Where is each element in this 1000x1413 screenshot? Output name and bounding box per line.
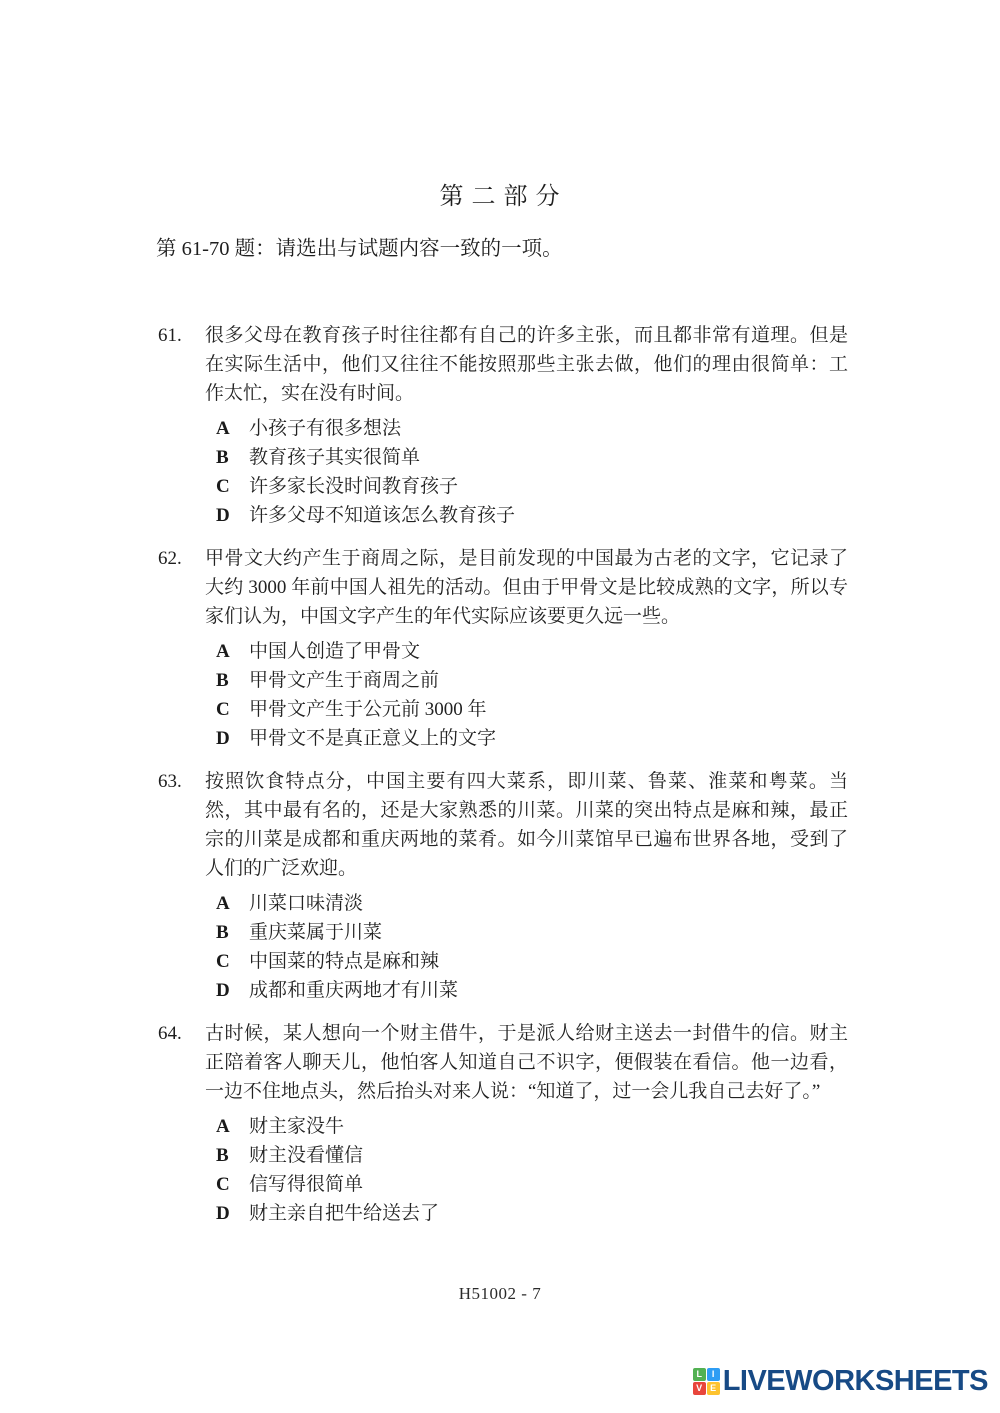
option-letter: B: [216, 1141, 249, 1170]
option-letter: C: [216, 947, 249, 976]
option-d: D 许多父母不知道该怎么教育孩子: [216, 501, 848, 530]
option-b: B 甲骨文产生于商周之前: [216, 666, 848, 695]
options-list: A 小孩子有很多想法 B 教育孩子其实很简单 C 许多家长没时间教育孩子 D 许…: [205, 414, 848, 530]
option-c: C 信写得很简单: [216, 1170, 848, 1199]
option-c: C 中国菜的特点是麻和辣: [216, 947, 848, 976]
question-number: 61.: [158, 321, 205, 530]
logo-block-e: E: [707, 1382, 720, 1395]
liveworksheets-logo[interactable]: L I V E LIVEWORKSHEETS: [693, 1367, 988, 1396]
option-b: B 重庆菜属于川菜: [216, 918, 848, 947]
option-letter: A: [216, 637, 249, 666]
option-text: 教育孩子其实很简单: [249, 443, 420, 472]
question-number: 64.: [158, 1019, 205, 1228]
logo-block-l: L: [693, 1368, 706, 1381]
option-text: 许多家长没时间教育孩子: [249, 472, 458, 501]
option-letter: B: [216, 666, 249, 695]
option-a: A 小孩子有很多想法: [216, 414, 848, 443]
page-footer-code: H51002 - 7: [0, 1279, 1000, 1308]
question-body: 按照饮食特点分，中国主要有四大菜系，即川菜、鲁菜、淮菜和粤菜。当然，其中最有名的…: [205, 767, 848, 1005]
option-text: 甲骨文不是真正意义上的文字: [249, 724, 496, 753]
option-b: B 教育孩子其实很简单: [216, 443, 848, 472]
liveworksheets-icon: L I V E: [693, 1368, 720, 1395]
question-passage: 古时候，某人想向一个财主借牛，于是派人给财主送去一封借牛的信。财主正陪着客人聊天…: [205, 1019, 848, 1106]
option-text: 甲骨文产生于商周之前: [249, 666, 439, 695]
option-text: 甲骨文产生于公元前 3000 年: [249, 695, 487, 724]
question-63: 63. 按照饮食特点分，中国主要有四大菜系，即川菜、鲁菜、淮菜和粤菜。当然，其中…: [0, 767, 1000, 1005]
question-body: 甲骨文大约产生于商周之际，是目前发现的中国最为古老的文字，它记录了大约 3000…: [205, 544, 848, 753]
question-number: 63.: [158, 767, 205, 1005]
liveworksheets-wordmark: LIVEWORKSHEETS: [723, 1367, 988, 1396]
question-61: 61. 很多父母在教育孩子时往往都有自己的许多主张，而且都非常有道理。但是在实际…: [0, 321, 1000, 530]
option-letter: C: [216, 472, 249, 501]
option-d: D 财主亲自把牛给送去了: [216, 1199, 848, 1228]
option-d: D 甲骨文不是真正意义上的文字: [216, 724, 848, 753]
question-passage: 甲骨文大约产生于商周之际，是目前发现的中国最为古老的文字，它记录了大约 3000…: [205, 544, 848, 631]
option-letter: B: [216, 918, 249, 947]
option-text: 信写得很简单: [249, 1170, 363, 1199]
part-title: 第 二 部 分: [0, 0, 1000, 214]
option-text: 中国人创造了甲骨文: [249, 637, 420, 666]
worksheet-page: 第 二 部 分 第 61-70 题：请选出与试题内容一致的一项。 61. 很多父…: [0, 0, 1000, 1413]
options-list: A 中国人创造了甲骨文 B 甲骨文产生于商周之前 C 甲骨文产生于公元前 300…: [205, 637, 848, 753]
option-c: C 甲骨文产生于公元前 3000 年: [216, 695, 848, 724]
option-a: A 中国人创造了甲骨文: [216, 637, 848, 666]
section-instructions: 第 61-70 题：请选出与试题内容一致的一项。: [0, 235, 1000, 264]
option-b: B 财主没看懂信: [216, 1141, 848, 1170]
question-body: 古时候，某人想向一个财主借牛，于是派人给财主送去一封借牛的信。财主正陪着客人聊天…: [205, 1019, 848, 1228]
option-letter: C: [216, 1170, 249, 1199]
option-text: 小孩子有很多想法: [249, 414, 401, 443]
question-62: 62. 甲骨文大约产生于商周之际，是目前发现的中国最为古老的文字，它记录了大约 …: [0, 544, 1000, 753]
option-c: C 许多家长没时间教育孩子: [216, 472, 848, 501]
option-letter: A: [216, 889, 249, 918]
option-letter: D: [216, 501, 249, 530]
question-64: 64. 古时候，某人想向一个财主借牛，于是派人给财主送去一封借牛的信。财主正陪着…: [0, 1019, 1000, 1228]
option-letter: D: [216, 976, 249, 1005]
question-passage: 很多父母在教育孩子时往往都有自己的许多主张，而且都非常有道理。但是在实际生活中，…: [205, 321, 848, 408]
option-letter: B: [216, 443, 249, 472]
option-letter: A: [216, 1112, 249, 1141]
question-body: 很多父母在教育孩子时往往都有自己的许多主张，而且都非常有道理。但是在实际生活中，…: [205, 321, 848, 530]
logo-block-v: V: [693, 1382, 706, 1395]
option-a: A 川菜口味清淡: [216, 889, 848, 918]
option-text: 财主家没牛: [249, 1112, 344, 1141]
options-list: A 财主家没牛 B 财主没看懂信 C 信写得很简单 D 财主亲自把牛给送去了: [205, 1112, 848, 1228]
option-text: 成都和重庆两地才有川菜: [249, 976, 458, 1005]
question-number: 62.: [158, 544, 205, 753]
option-letter: D: [216, 1199, 249, 1228]
option-letter: C: [216, 695, 249, 724]
options-list: A 川菜口味清淡 B 重庆菜属于川菜 C 中国菜的特点是麻和辣 D 成都和重庆两…: [205, 889, 848, 1005]
question-passage: 按照饮食特点分，中国主要有四大菜系，即川菜、鲁菜、淮菜和粤菜。当然，其中最有名的…: [205, 767, 848, 883]
option-text: 重庆菜属于川菜: [249, 918, 382, 947]
option-text: 财主没看懂信: [249, 1141, 363, 1170]
logo-block-i: I: [707, 1368, 720, 1381]
option-a: A 财主家没牛: [216, 1112, 848, 1141]
option-d: D 成都和重庆两地才有川菜: [216, 976, 848, 1005]
option-letter: D: [216, 724, 249, 753]
option-text: 许多父母不知道该怎么教育孩子: [249, 501, 515, 530]
option-text: 中国菜的特点是麻和辣: [249, 947, 439, 976]
option-text: 财主亲自把牛给送去了: [249, 1199, 439, 1228]
option-letter: A: [216, 414, 249, 443]
option-text: 川菜口味清淡: [249, 889, 363, 918]
